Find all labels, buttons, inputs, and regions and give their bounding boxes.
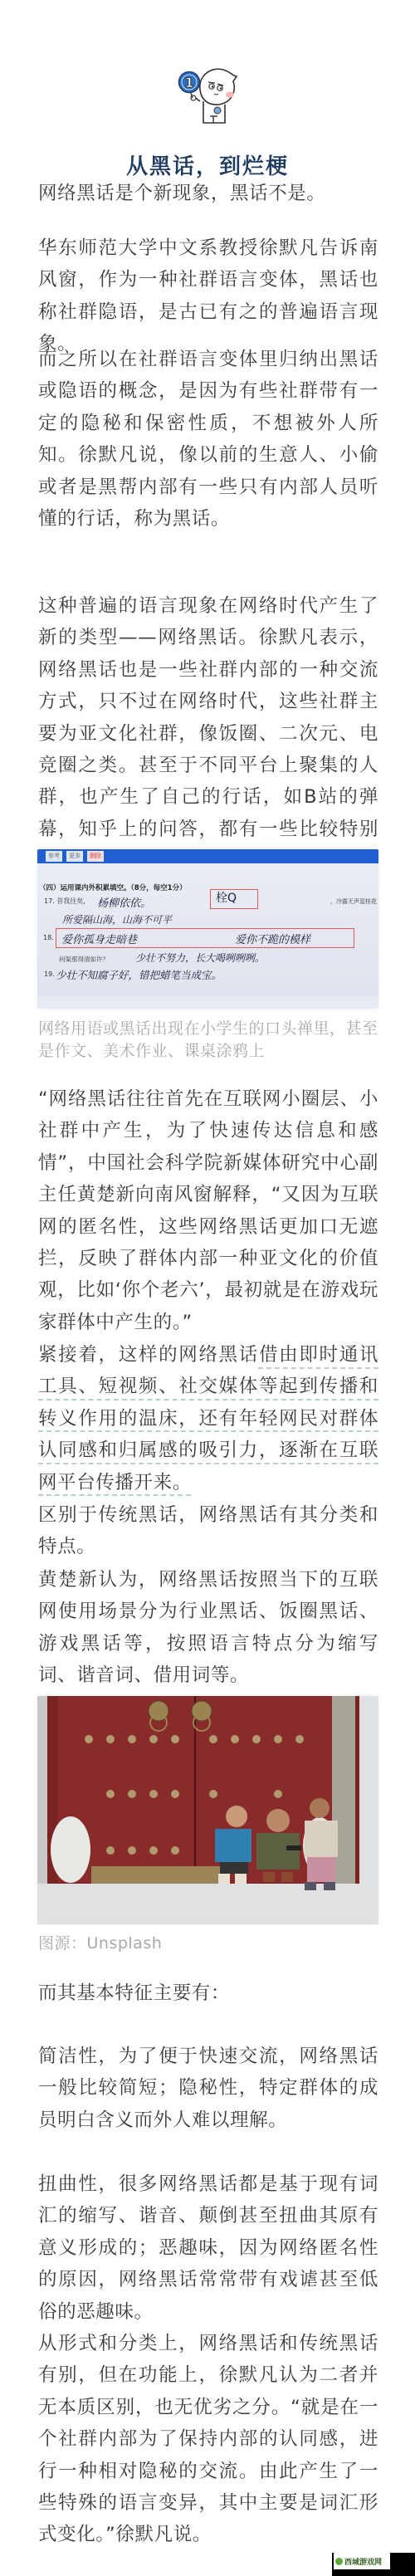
handwritten-answer: 少壮不努力，长大喝咧咧咧。 <box>135 951 265 965</box>
paragraph-text: 这种普遍的语言现象在网络时代产生了新的类型——网络黑话。徐默凡表示，网络黑话也是… <box>38 590 378 877</box>
paragraph-text: 华东师范大学中文系教授徐默凡告诉南风窗，作为一种社群语言变体，黑话也称社群隐语，… <box>38 232 378 360</box>
mascot-illustration: 1 <box>170 65 250 126</box>
tab-more: 更多 <box>66 851 83 862</box>
paragraph-features-distortion: 扭曲性，很多网络黑话都是基于现有词汇的缩写、谐音、颠倒甚至扭曲其原有意义形成的；… <box>38 2168 378 2328</box>
worksheet-heading: （四）运用课内外积累填空。（8分，每空1分） <box>39 882 187 892</box>
paragraph-features-intro: 而其基本特征主要有： <box>38 1977 378 2009</box>
paragraph-text: 扭曲性，很多网络黑话都是基于现有词汇的缩写、谐音、颠倒甚至扭曲其原有意义形成的；… <box>38 2168 378 2328</box>
homework-image: 参考 更多 删除 （四）运用课内外积累填空。（8分，每空1分） 17. 昔我往矣… <box>37 849 378 1009</box>
watermark-text: 西域游戏网 <box>344 2556 382 2567</box>
paragraph-text: “网络黑话往往首先在互联网小圈层、小社群中产生，为了快速传达信息和感情”，中国社… <box>38 1083 378 1338</box>
paragraph-text: 而其基本特征主要有： <box>38 1977 378 2009</box>
handwritten-answer: 所爱隔山海，山海不可平 <box>62 912 172 926</box>
paragraph-features-brevity: 简洁性，为了便于快速交流，网络黑话一般比较简短；隐秘性，特定群体的成员明白含义而… <box>38 2041 378 2136</box>
worksheet-q17: 17. 昔我往矣， <box>44 897 90 906</box>
kids-photo <box>37 1696 378 1924</box>
paragraph-spread: 紧接着，这样的网络黑话借由即时通讯工具、短视频、社交媒体等起到传播和转义作用的温… <box>38 1339 378 1498</box>
paragraph-distinction: 区别于传统黑话，网络黑话有其分类和特点。 <box>38 1499 378 1563</box>
handwritten-highlight-box: 18. 爱你孤身走暗巷 爱你不跪的模样 <box>56 928 354 948</box>
tab-delete: 删除 <box>87 851 104 862</box>
worksheet-q18-mid: 问渠那得清如许？ <box>59 955 109 964</box>
paragraph-professor-quote: 华东师范大学中文系教授徐默凡告诉南风窗，作为一种社群语言变体，黑话也称社群隐语，… <box>38 232 378 360</box>
paragraph-intro: 网络黑话是个新现象，黑话不是。 <box>38 178 378 209</box>
caption-text: 网络用语或黑话出现在小学生的口头禅里，甚至是作文、美术作业、课桌涂鸦上 <box>38 1018 378 1063</box>
paragraph-text: 从形式和分类上，网络黑话和传统黑话有别，但在功能上，徐默凡认为二者并无本质区别，… <box>38 2328 378 2551</box>
highlighted-text: 借由即时通讯工具、短视频、社交媒体等起到传播和转义作用的温床，还有年轻网民对群体… <box>38 1344 378 1493</box>
paragraph-classification: 黄楚新认为，网络黑话按照当下的互联网使用场景分为行业黑话、饭圈黑话、游戏黑话等，… <box>38 1564 378 1692</box>
paragraph-text: 黄楚新认为，网络黑话按照当下的互联网使用场景分为行业黑话、饭圈黑话、游戏黑话等，… <box>38 1564 378 1692</box>
paragraph-text: 而之所以在社群语言变体里归纳出黑话或隐语的概念，是因为有些社群带有一定的隐秘和保… <box>38 344 378 535</box>
handwritten-answer: 少壮不知腐子好，错把蜡笔当成宝。 <box>56 967 222 982</box>
paragraph-concept: 而之所以在社群语言变体里归纳出黑话或隐语的概念，是因为有些社群带有一定的隐秘和保… <box>38 344 378 535</box>
paragraph-lead: 紧接着，这样的网络黑话 <box>38 1344 259 1366</box>
site-watermark: 西域游戏网 <box>332 2553 415 2576</box>
worksheet-q17-right: ，冷露无声湿桂花 <box>330 897 377 906</box>
app-toolbar-strip: 参考 更多 删除 <box>37 849 378 863</box>
paragraph-text: 网络黑话是个新现象，黑话不是。 <box>38 178 378 209</box>
worksheet-q19: 19. <box>44 970 55 978</box>
section-title: 从黑话，到烂梗 <box>0 149 415 180</box>
paragraph-text: 区别于传统黑话，网络黑话有其分类和特点。 <box>38 1499 378 1563</box>
paragraph-huang-quote: “网络黑话往往首先在互联网小圈层、小社群中产生，为了快速传达信息和感情”，中国社… <box>38 1083 378 1338</box>
kids-by-red-door-photo <box>37 1696 378 1924</box>
handwritten-answer: 杨柳依依。 <box>97 894 151 910</box>
paragraph-internet-era: 这种普遍的语言现象在网络时代产生了新的类型——网络黑话。徐默凡表示，网络黑话也是… <box>38 590 378 877</box>
paragraph-conclusion: 从形式和分类上，网络黑话和传统黑话有别，但在功能上，徐默凡认为二者并无本质区别，… <box>38 2328 378 2551</box>
paragraph-text: 简洁性，为了便于快速交流，网络黑话一般比较简短；隐秘性，特定群体的成员明白含义而… <box>38 2041 378 2136</box>
number-one-sign-mascot-icon: 1 <box>170 65 250 126</box>
figure-caption-1: 网络用语或黑话出现在小学生的口头禅里，甚至是作文、美术作业、课桌涂鸦上 <box>38 1018 378 1063</box>
figure-caption-2: 图源：Unsplash <box>38 1933 378 1955</box>
handwritten-highlight-box: 栓Q <box>210 889 258 909</box>
sign-number: 1 <box>184 75 193 90</box>
tab-reference: 参考 <box>46 851 62 862</box>
green-leaf-logo-icon <box>335 2558 343 2565</box>
caption-text: 图源：Unsplash <box>38 1933 378 1955</box>
